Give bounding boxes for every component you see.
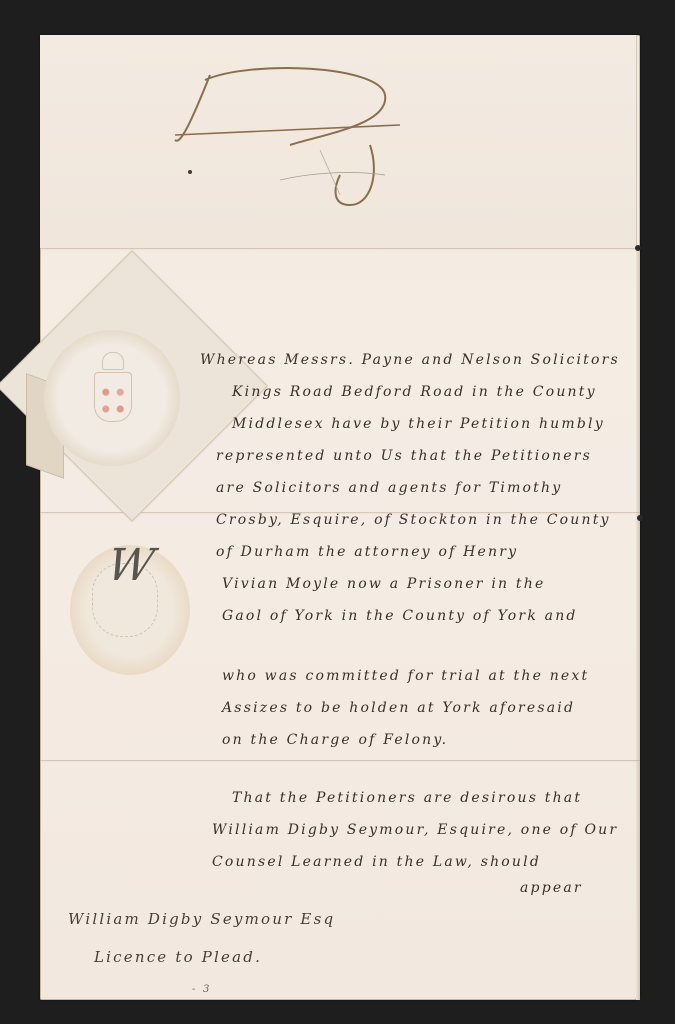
body-line: represented unto Us that the Petitioners bbox=[216, 448, 592, 464]
footer-mark: - 3 bbox=[192, 984, 212, 995]
body-line: Kings Road Bedford Road in the County bbox=[232, 384, 597, 400]
body-line: Gaol of York in the County of York and bbox=[222, 608, 578, 624]
catchword: appear bbox=[520, 880, 583, 896]
fold-notch bbox=[637, 515, 643, 521]
endorsement-name: William Digby Seymour Esq bbox=[68, 910, 335, 928]
embossed-royal-seal bbox=[44, 330, 180, 466]
endorsement-title: Licence to Plead. bbox=[94, 948, 262, 966]
body-line: of Durham the attorney of Henry bbox=[216, 544, 518, 560]
body-line: are Solicitors and agents for Timothy bbox=[216, 480, 562, 496]
fold-line bbox=[40, 248, 640, 250]
body-line: who was committed for trial at the next bbox=[222, 668, 589, 684]
paragraph-line: William Digby Seymour, Esquire, one of O… bbox=[212, 822, 618, 838]
crown-icon bbox=[102, 352, 124, 370]
seal-initials: W bbox=[104, 540, 158, 591]
body-line: Whereas Messrs. Payne and Nelson Solicit… bbox=[200, 352, 620, 368]
body-line: Crosby, Esquire, of Stockton in the Coun… bbox=[216, 512, 611, 528]
body-line: Assizes to be holden at York aforesaid bbox=[222, 700, 575, 716]
paragraph-line: Counsel Learned in the Law, should bbox=[212, 854, 541, 870]
paper-right-edge bbox=[636, 248, 640, 1000]
body-line: on the Charge of Felony. bbox=[222, 732, 448, 748]
coat-of-arms-icon bbox=[94, 372, 132, 422]
fold-line bbox=[40, 760, 640, 762]
body-line: Middlesex have by their Petition humbly bbox=[232, 416, 605, 432]
fold-notch bbox=[635, 245, 641, 251]
paragraph-line: That the Petitioners are desirous that bbox=[232, 790, 582, 806]
body-line: Vivian Moyle now a Prisoner in the bbox=[222, 576, 545, 592]
